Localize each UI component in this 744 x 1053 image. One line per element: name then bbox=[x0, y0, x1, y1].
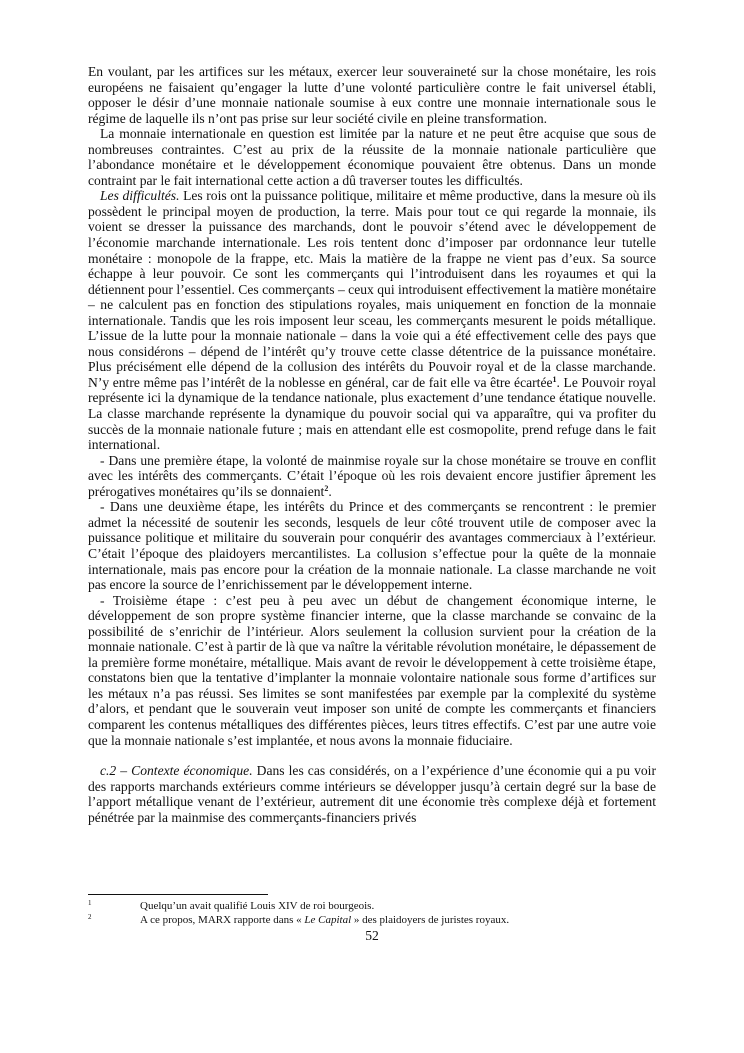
paragraph-troisieme-etape: - Troisième étape : c’est peu à peu avec… bbox=[88, 593, 656, 748]
footnote-text-before: A ce propos, MARX rapporte dans « bbox=[140, 914, 304, 926]
paragraph-text: - Dans une première étape, la volonté de… bbox=[88, 453, 656, 499]
footnote-text-after: » des plaidoyers de juristes royaux. bbox=[351, 914, 509, 926]
paragraph-monnaie-internationale: La monnaie internationale en question es… bbox=[88, 126, 656, 188]
page-number: 52 bbox=[0, 928, 744, 944]
book-title: Le Capital bbox=[304, 914, 351, 926]
footnote-text: A ce propos, MARX rapporte dans « Le Cap… bbox=[140, 913, 509, 927]
footnote-number: 2 bbox=[88, 910, 92, 924]
paragraph-spacer bbox=[88, 748, 656, 763]
footnote-number: 1 bbox=[88, 896, 92, 910]
paragraph-deuxieme-etape: - Dans une deuxième étape, les intérêts … bbox=[88, 499, 656, 592]
paragraph-text: Les rois ont la puissance politique, mil… bbox=[88, 188, 656, 390]
paragraph-intro: En voulant, par les artifices sur les mé… bbox=[88, 64, 656, 126]
paragraph-les-difficultes: Les difficultés. Les rois ont la puissan… bbox=[88, 188, 656, 452]
section-heading-italic: c.2 – Contexte économique. bbox=[100, 763, 253, 778]
document-body: En voulant, par les artifices sur les mé… bbox=[88, 64, 656, 825]
paragraph-text: En voulant, par les artifices sur les mé… bbox=[88, 64, 656, 126]
paragraph-contexte-economique: c.2 – Contexte économique. Dans les cas … bbox=[88, 763, 656, 825]
section-lead-italic: Les difficultés. bbox=[100, 188, 179, 203]
footnote-separator bbox=[88, 894, 268, 895]
footnotes: 1 Quelqu’un avait qualifié Louis XIV de … bbox=[88, 899, 656, 927]
paragraph-text-continued: . bbox=[328, 484, 331, 499]
paragraph-premiere-etape: - Dans une première étape, la volonté de… bbox=[88, 453, 656, 500]
footnote-text: Quelqu’un avait qualifié Louis XIV de ro… bbox=[140, 899, 374, 913]
footnote-1: 1 Quelqu’un avait qualifié Louis XIV de … bbox=[88, 899, 656, 913]
paragraph-text: - Dans une deuxième étape, les intérêts … bbox=[88, 499, 656, 592]
paragraph-text: La monnaie internationale en question es… bbox=[88, 126, 656, 188]
footnote-2: 2 A ce propos, MARX rapporte dans « Le C… bbox=[88, 913, 656, 927]
paragraph-text: - Troisième étape : c’est peu à peu avec… bbox=[88, 593, 656, 748]
